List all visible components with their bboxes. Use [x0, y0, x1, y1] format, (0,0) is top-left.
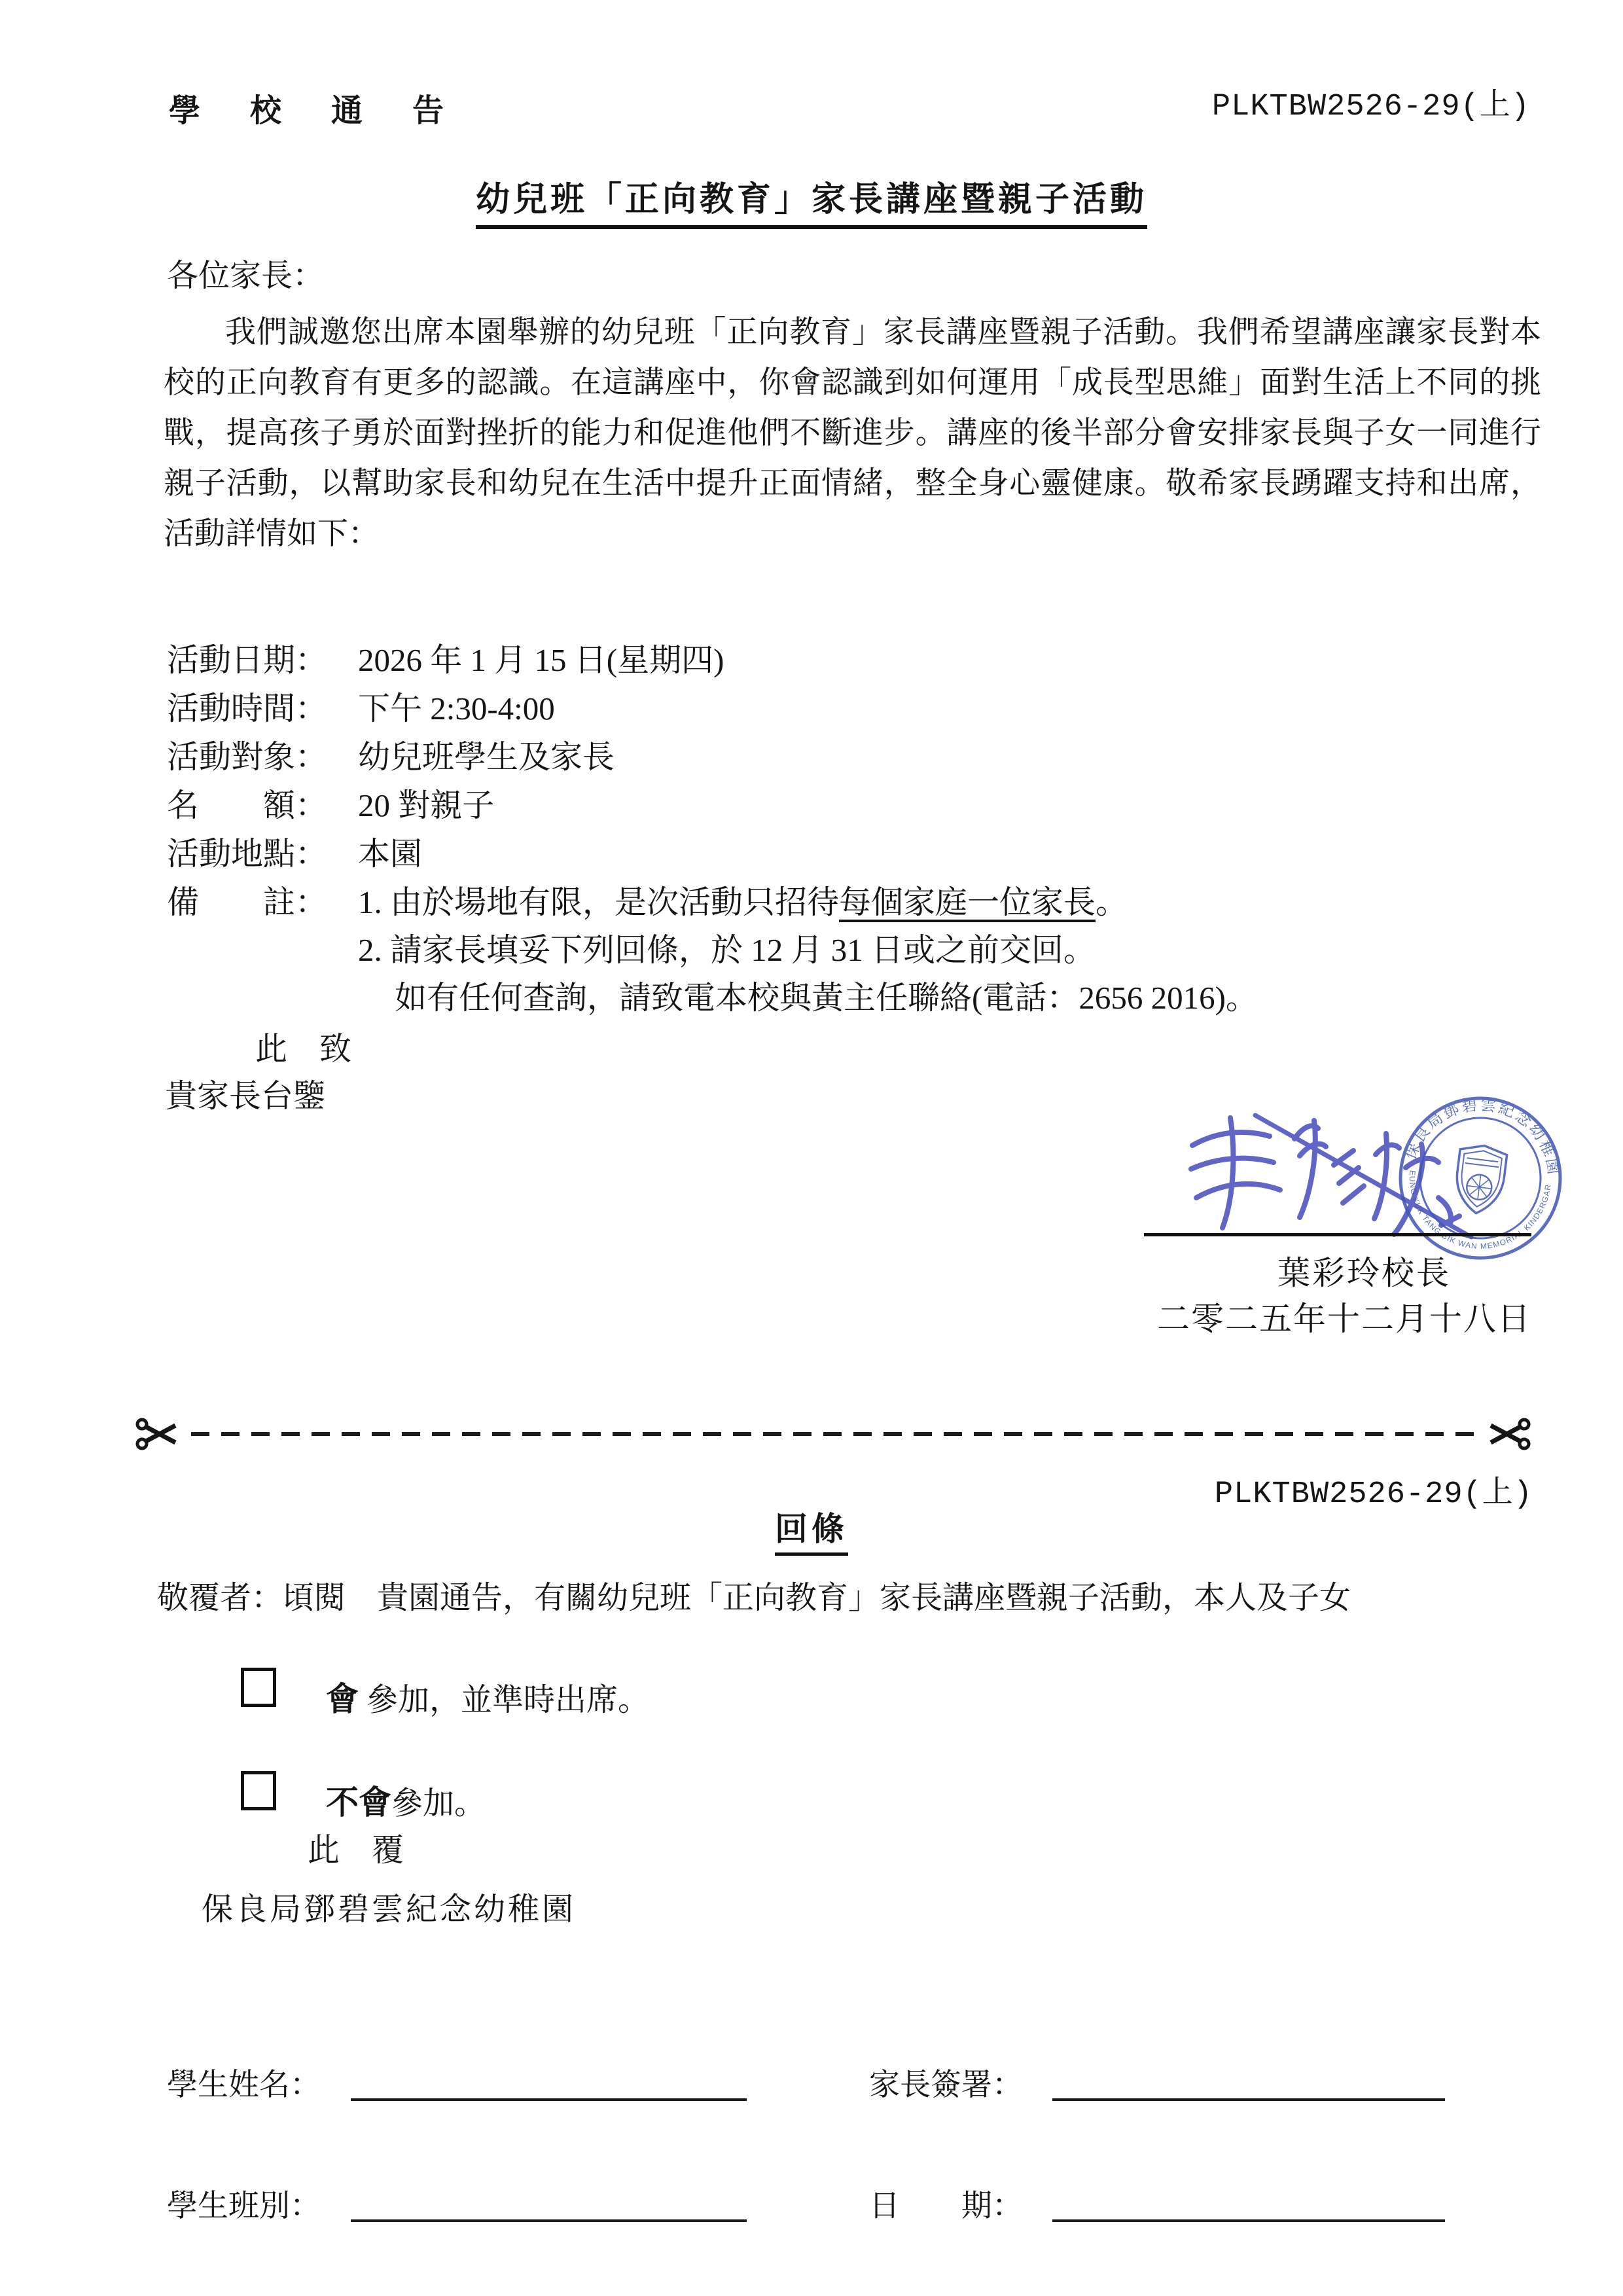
checkbox-will-not-attend[interactable] [241, 1771, 276, 1810]
remark-2: 2. 請家長填妥下列回條，於 12 月 31 日或之前交回。 [358, 926, 1258, 974]
scissors-icon [135, 1416, 182, 1452]
option-will-not-attend: 不會參加。 [326, 1776, 486, 1823]
detail-label: 活動對象： [167, 733, 358, 781]
option-will-attend: 會 參加，並準時出席。 [326, 1673, 649, 1720]
closing-phrase: 此 致 [255, 1029, 351, 1069]
detail-row-time: 活動時間：下午 2:30-4:00 [167, 685, 1258, 733]
school-notice-document: 學 校 通 告 PLKTBW2526-29(上) 幼兒班「正向教育」家長講座暨親… [0, 0, 1623, 2296]
notice-title: 幼兒班「正向教育」家長講座暨親子活動 [476, 181, 1147, 229]
detail-value: 下午 2:30-4:00 [358, 691, 555, 726]
reply-closing-phrase: 此 覆 [308, 1830, 404, 1870]
field-line-student-name [351, 2098, 747, 2101]
detail-value: 幼兒班學生及家長 [358, 739, 615, 775]
option-rest-text: 參加，並準時出席。 [359, 1683, 649, 1717]
remarks-lines: 1. 由於場地有限，是次活動只招待每個家庭一位家長。 2. 請家長填妥下列回條，… [358, 878, 1258, 1022]
checkbox-will-attend[interactable] [241, 1668, 276, 1707]
detail-row-quota: 名 額：20 對親子 [167, 781, 1258, 830]
reply-intro: 敬覆者：頃閱 貴園通告，有關幼兒班「正向教育」家長講座暨親子活動，本人及子女 [157, 1579, 1351, 1618]
principal-name-title: 葉彩玲校長 [1277, 1253, 1451, 1294]
remark-1-underlined: 每個家庭一位家長 [839, 884, 1096, 920]
remark-3: 如有任何查詢，請致電本校與黃主任聯絡(電話：2656 2016)。 [358, 974, 1258, 1022]
remark-1-text: 1. 由於場地有限，是次活動只招待 [358, 884, 839, 920]
field-label-student-class: 學生班別： [167, 2181, 321, 2225]
notice-title-row: 幼兒班「正向教育」家長講座暨親子活動 [0, 171, 1623, 221]
stamp-shield-emblem [1453, 1143, 1508, 1216]
field-line-date [1052, 2219, 1445, 2222]
event-details: 活動日期：2026 年 1 月 15 日(星期四) 活動時間：下午 2:30-4… [167, 636, 1258, 1022]
detail-value: 本園 [358, 836, 422, 872]
detail-label: 名 額： [167, 781, 358, 830]
detail-label: 活動日期： [167, 636, 358, 685]
signature-line [1144, 1233, 1531, 1236]
notice-ref-number: PLKTBW2526-29(上) [1212, 80, 1530, 124]
remark-1-period: 。 [1096, 884, 1128, 920]
field-label-student-name: 學生姓名： [167, 2060, 321, 2104]
detail-row-date: 活動日期：2026 年 1 月 15 日(星期四) [167, 636, 1258, 685]
notice-body-paragraph: 我們誠邀您出席本園舉辦的幼兒班「正向教育」家長講座暨親子活動。我們希望講座讓家長… [164, 308, 1541, 560]
salutation: 各位家長： [167, 257, 324, 296]
detail-row-remarks: 備 註： 1. 由於場地有限，是次活動只招待每個家庭一位家長。 2. 請家長填妥… [167, 878, 1258, 1022]
detail-value: 20 對親子 [358, 787, 494, 823]
detail-value: 2026 年 1 月 15 日(星期四) [358, 642, 724, 678]
reply-school-name: 保良局鄧碧雲紀念幼稚園 [202, 1890, 576, 1929]
remark-1: 1. 由於場地有限，是次活動只招待每個家庭一位家長。 [358, 878, 1258, 926]
school-stamp: 保良局鄧碧雲紀念幼稚園 PO LEUNG KUK TANG BIK WAN ME… [1393, 1090, 1568, 1266]
field-label-date: 日 期： [869, 2181, 1023, 2225]
field-line-student-class [351, 2219, 747, 2222]
option-bold-text: 不會 [326, 1784, 391, 1821]
scissors-icon [1484, 1416, 1531, 1452]
detail-label: 活動時間： [167, 685, 358, 733]
detail-label: 活動地點： [167, 830, 358, 878]
field-line-parent-signature [1052, 2098, 1445, 2101]
detail-row-target: 活動對象：幼兒班學生及家長 [167, 733, 1258, 781]
reply-slip-heading: 回條 [775, 1511, 848, 1556]
field-label-parent-signature: 家長簽署： [869, 2060, 1023, 2104]
addressee: 貴家長台鑒 [165, 1076, 325, 1116]
detail-label: 備 註： [167, 878, 358, 1022]
option-rest-text: 參加。 [391, 1786, 486, 1821]
option-bold-text: 會 [326, 1681, 359, 1717]
cut-dashed-line [191, 1432, 1482, 1436]
doc-type-label: 學 校 通 告 [169, 85, 453, 130]
reply-slip-heading-row: 回條 [0, 1503, 1623, 1550]
detail-row-venue: 活動地點：本園 [167, 830, 1258, 878]
issue-date: 二零二五年十二月十八日 [1157, 1299, 1531, 1340]
